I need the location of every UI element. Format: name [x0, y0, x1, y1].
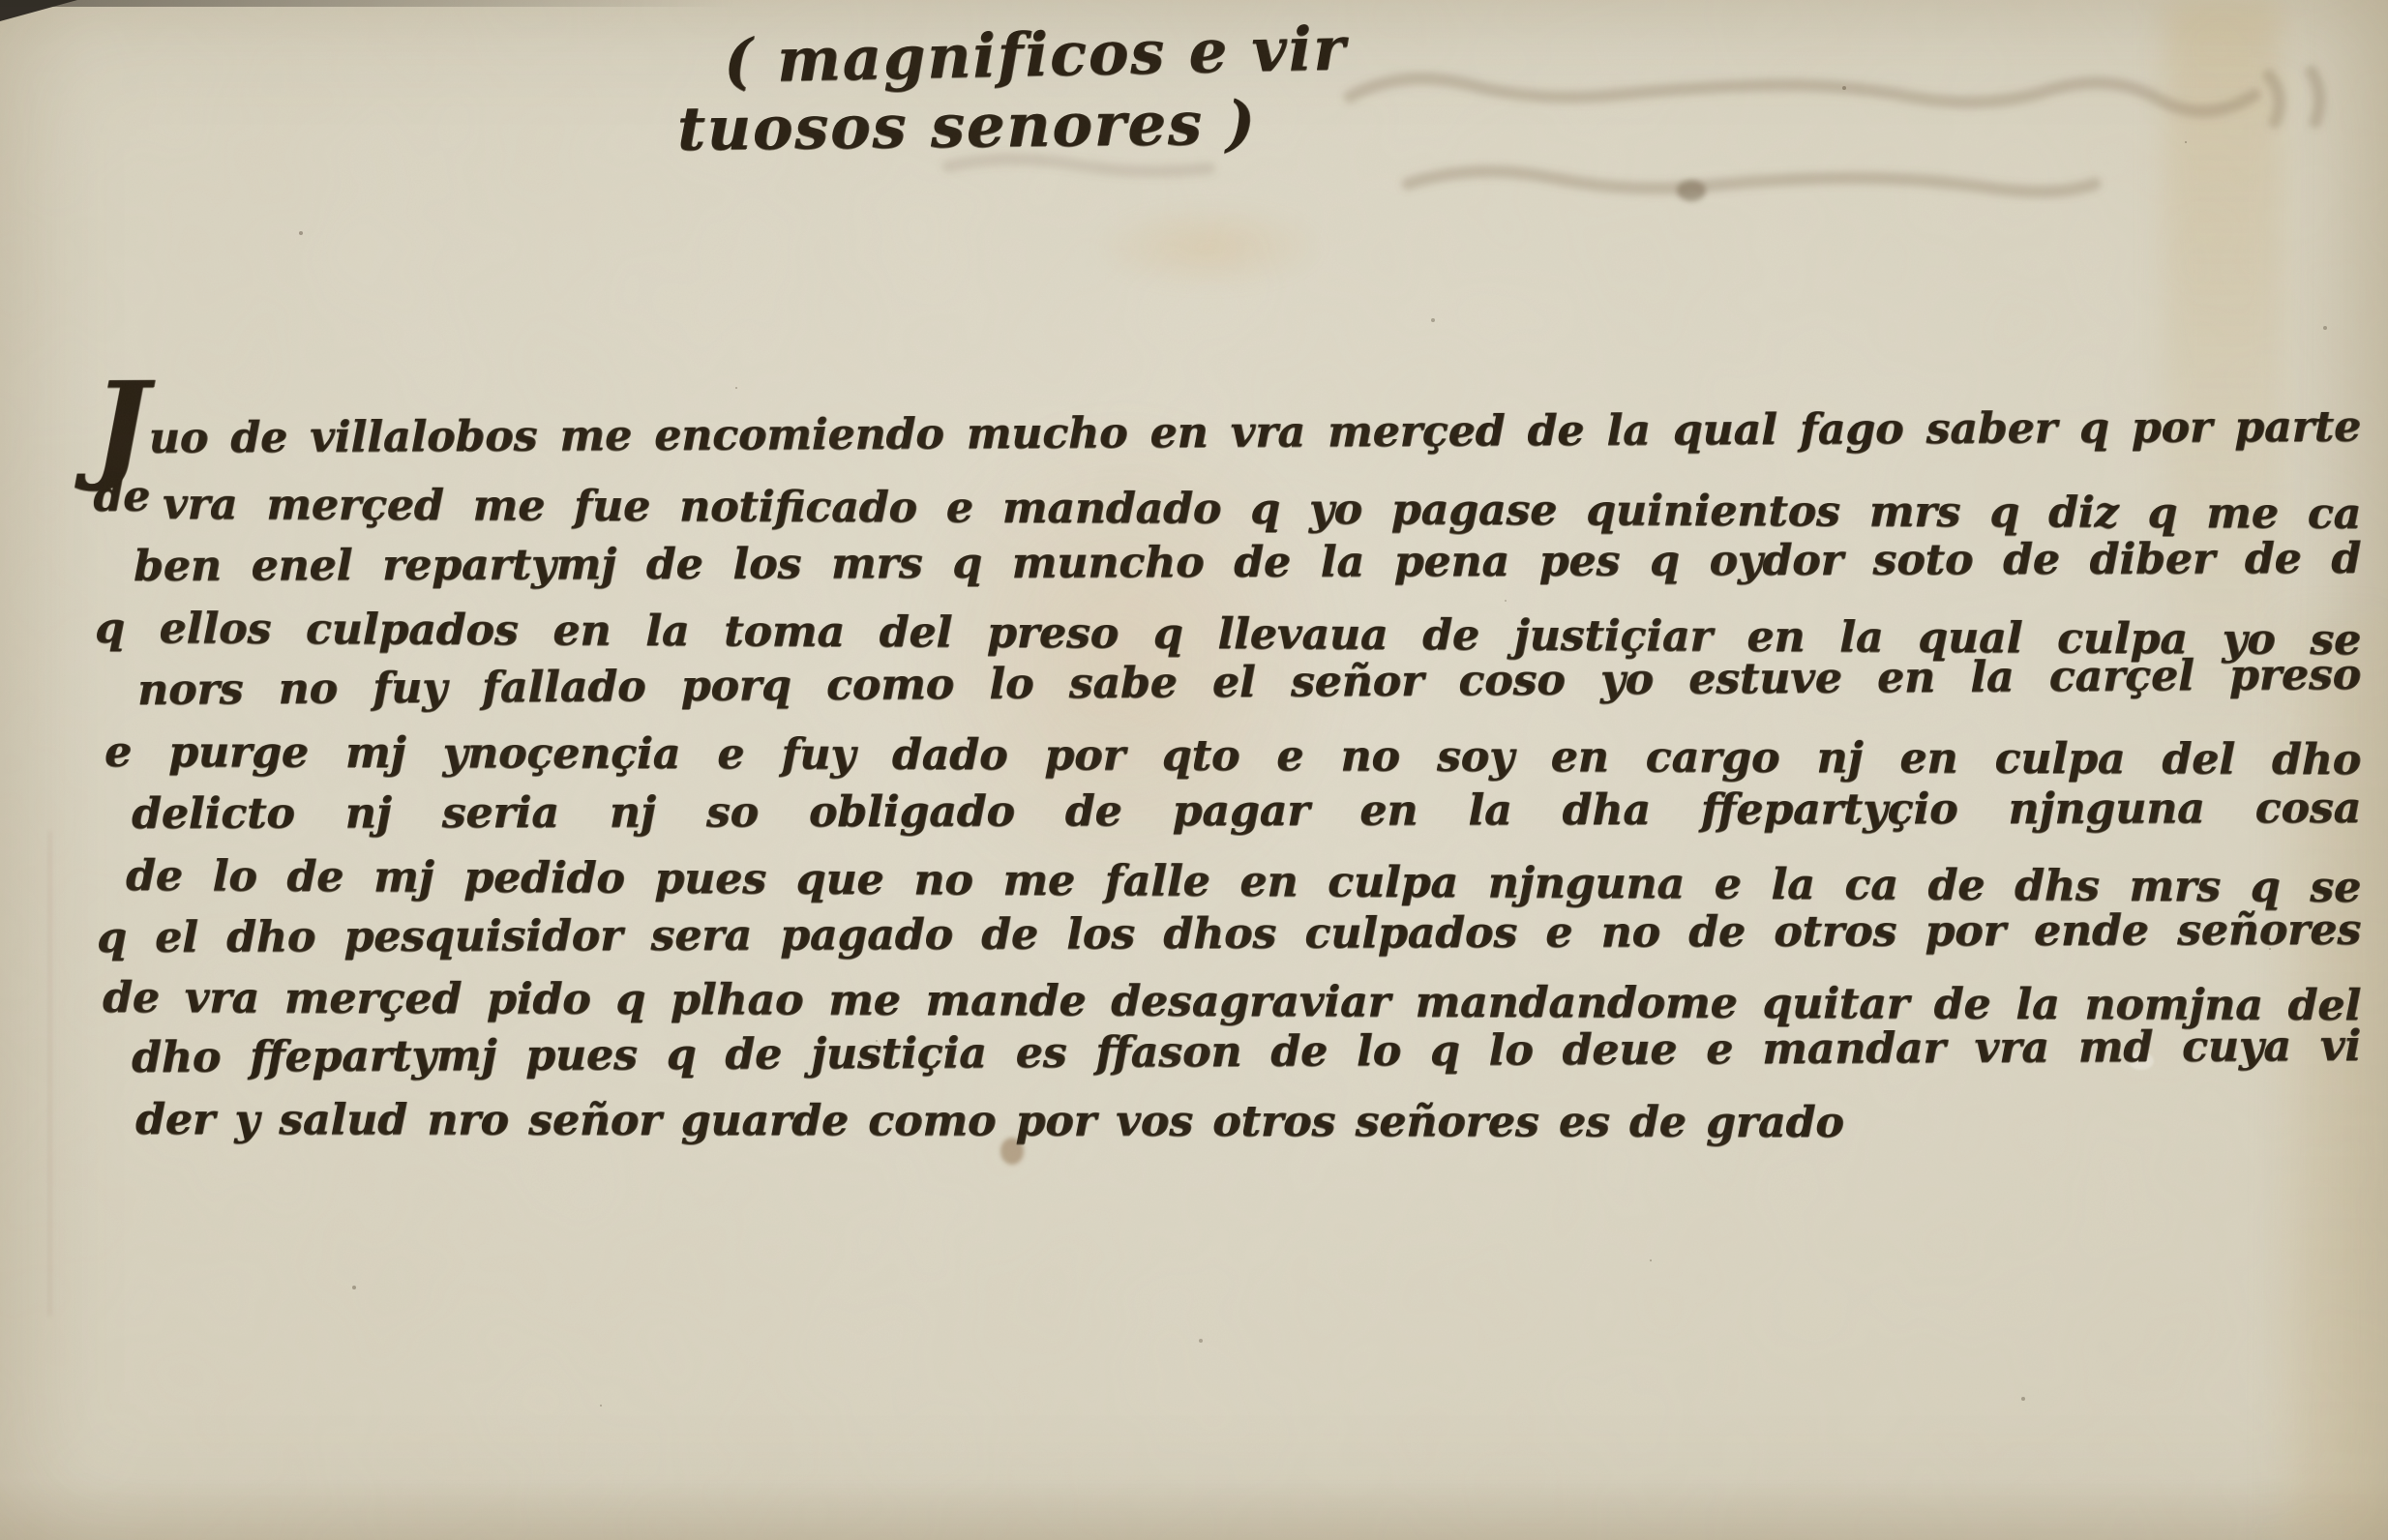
manuscript-scan: ( magnificos e vir tuosos senores ) Juo … — [0, 0, 2388, 1540]
letter-heading: ( magnificos e vir tuosos senores ) — [677, 19, 1355, 161]
body-line-3: ben enel repartymj de los mrs q muncho d… — [134, 530, 2361, 598]
body-line-11: dho ffepartymj pues q de justiçia es ffa… — [132, 1018, 2361, 1089]
decorated-initial: J — [93, 355, 145, 494]
body-line-1: Juo de villalobos me encomiendo mucho en… — [93, 399, 2361, 470]
body-line-9: q el dho pesquisidor sera pagado de los … — [97, 902, 2361, 969]
heading-line-1: ( magnificos e vir — [723, 13, 1355, 97]
heading-line-2: tuosos senores ) — [677, 86, 1356, 163]
body-line-7: delicto nj seria nj so obligado de pagar… — [132, 780, 2361, 845]
top-edge-shadow — [0, 0, 735, 7]
body-line-12: der y salud nro señor guarde como por vo… — [135, 1091, 2365, 1155]
